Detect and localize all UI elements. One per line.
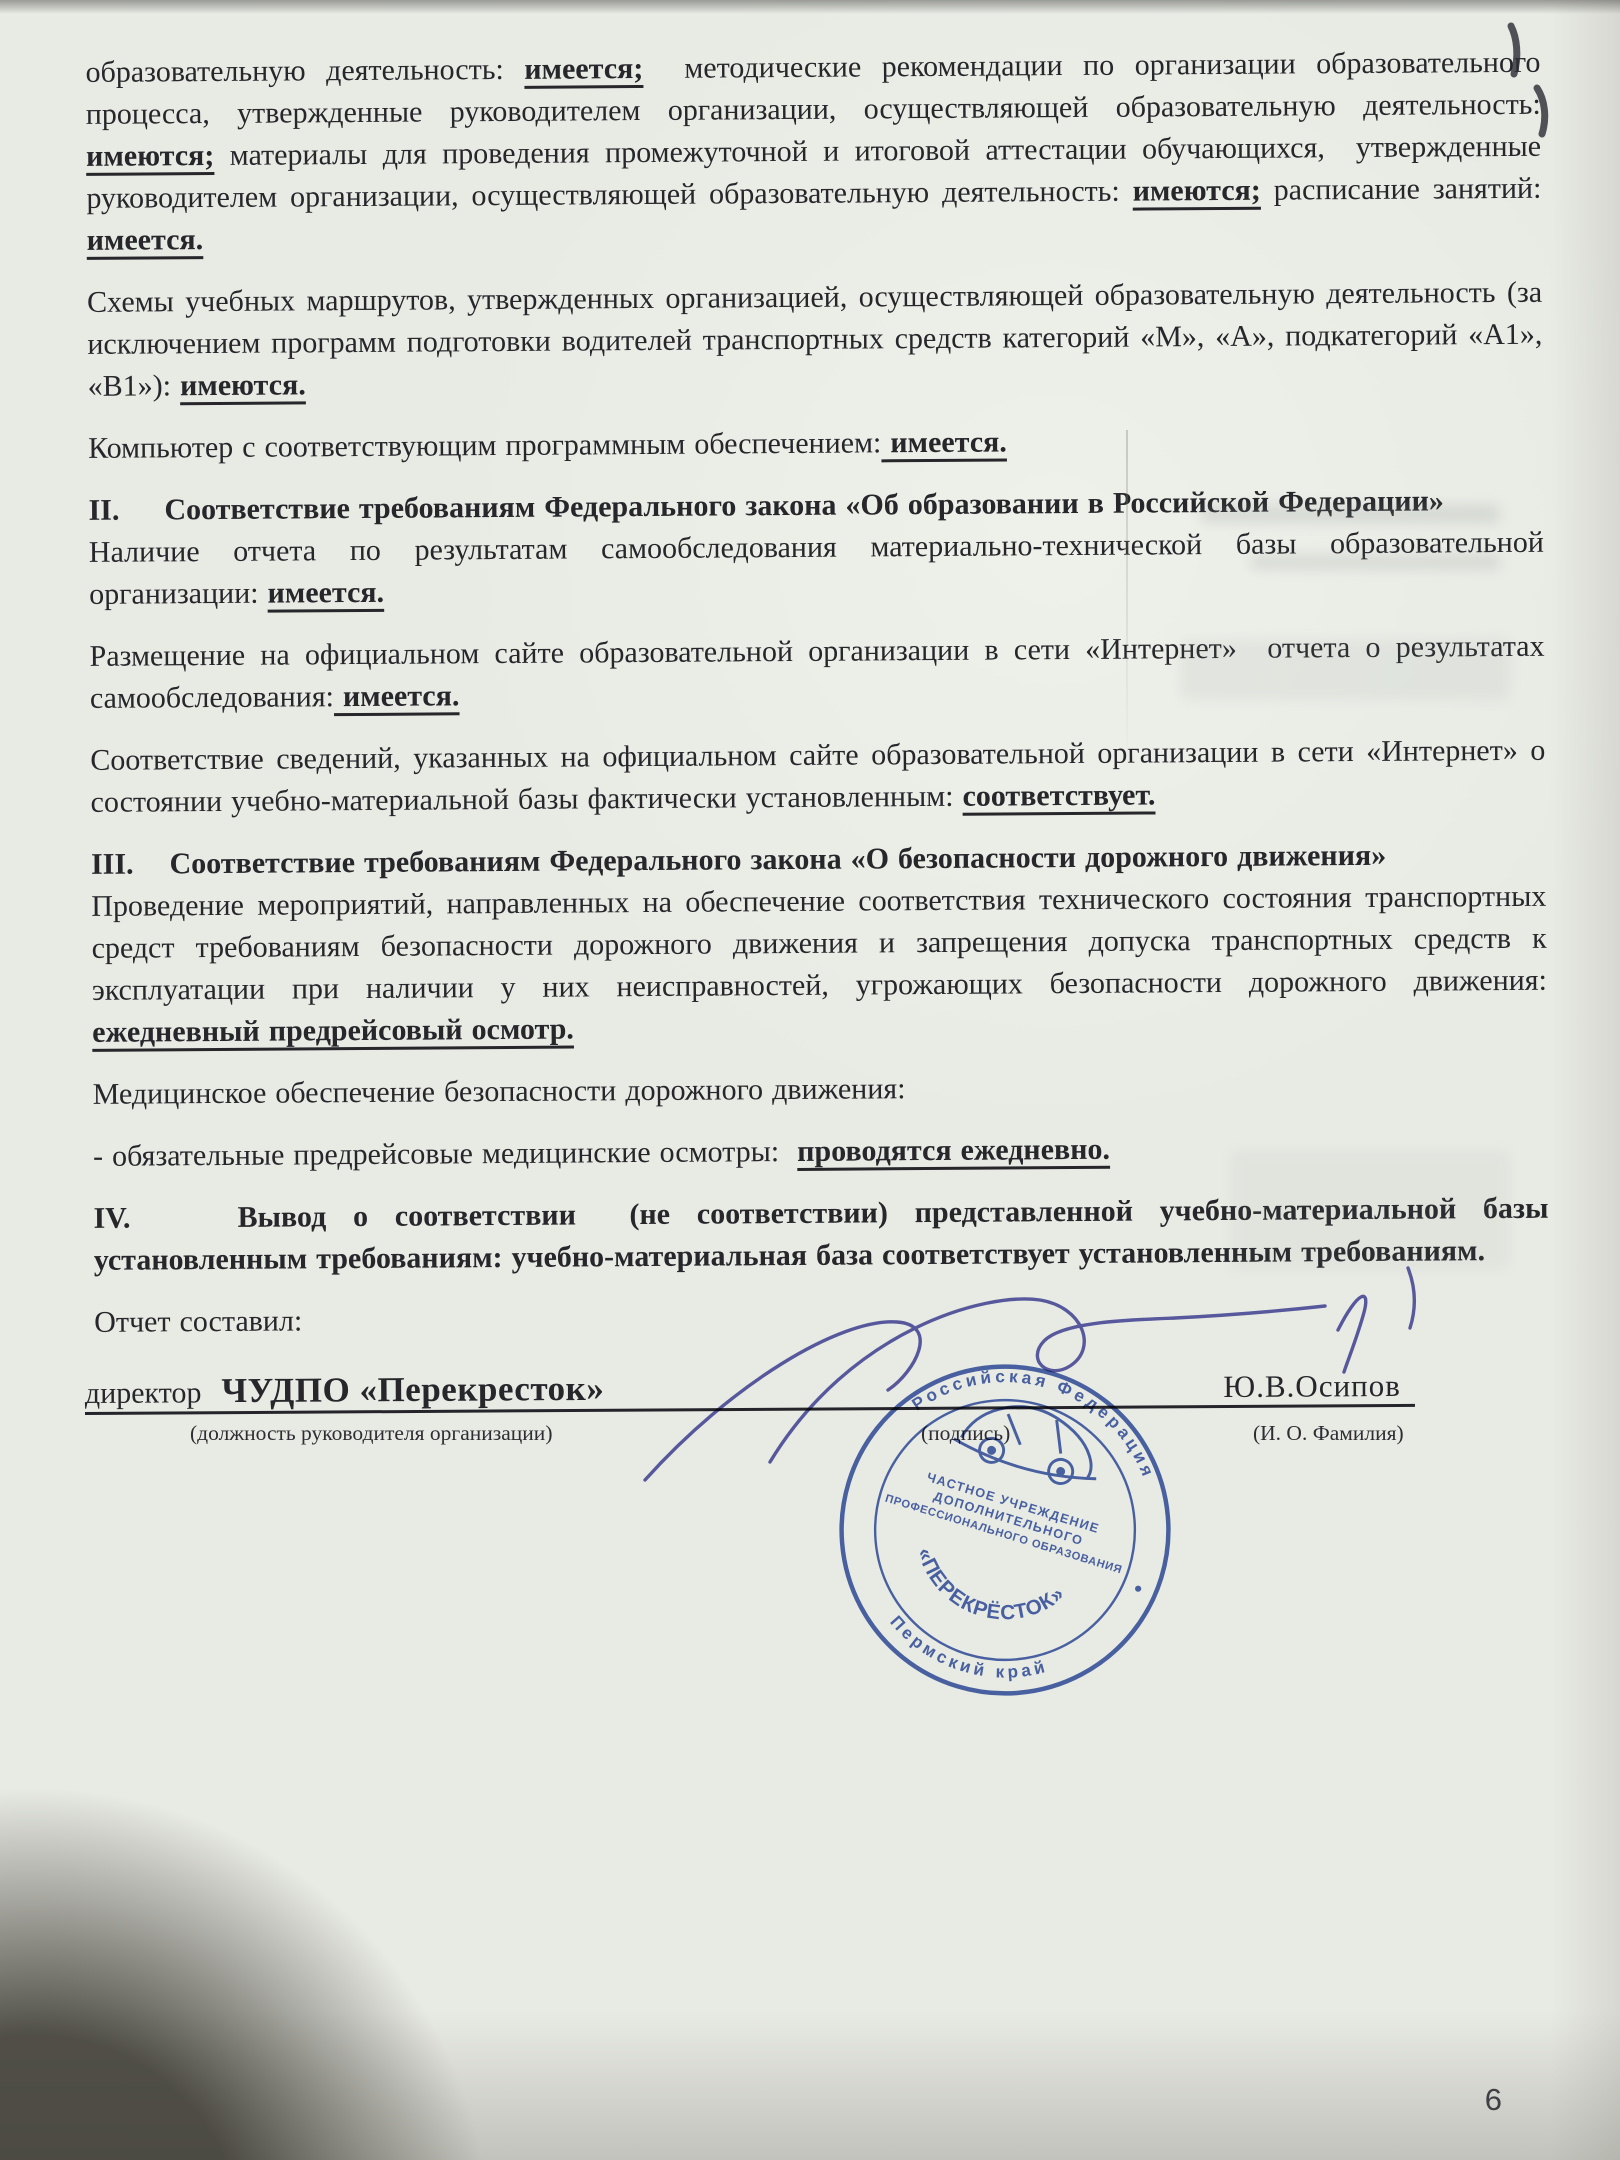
text-segment: образовательную деятельность: (85, 53, 524, 89)
show-through-smudge (1200, 505, 1500, 523)
text-segment: имеется. (87, 223, 204, 257)
signature-position: директор ЧУДПО «Перекресток» (85, 1369, 605, 1412)
document-page: образовательную деятельность: имеется; м… (0, 0, 1620, 2160)
show-through-smudge (1230, 1150, 1510, 1270)
document-paragraph: Медицинское обеспечение безопасности дор… (92, 1064, 1547, 1116)
position-caption: (должность руководителя организации) (190, 1421, 552, 1446)
position-prefix: директор (85, 1376, 202, 1410)
text-segment: Проведение мероприятий, направленных на … (91, 880, 1547, 1007)
text-segment: III. Соответствие требованиям Федерально… (91, 839, 1386, 881)
text-segment: - обязательные предрейсовые медицинские … (93, 1135, 797, 1173)
text-segment: ежедневный предрейсовый осмотр. (92, 1013, 574, 1049)
document-paragraph: образовательную деятельность: имеется; м… (85, 42, 1541, 262)
text-segment: Компьютер с соответствующим программным … (88, 426, 881, 465)
pen-mark (1495, 16, 1565, 146)
text-segment: имеется. (267, 576, 384, 610)
text-segment: имеется. (881, 425, 1007, 459)
document-paragraph: Соответствие сведений, указанных на офиц… (90, 730, 1546, 824)
text-segment: имеются. (180, 368, 306, 402)
text-segment: имеются; (1133, 174, 1261, 208)
position-organization: ЧУДПО «Перекресток» (221, 1369, 604, 1410)
text-segment: имеется; (524, 52, 643, 86)
page-number: 6 (1485, 2082, 1502, 2118)
text-segment: соответствует. (962, 778, 1155, 812)
document-paragraph: Схемы учебных маршрутов, утвержденных ор… (87, 272, 1543, 408)
text-segment: Соответствие сведений, указанных на офиц… (90, 734, 1545, 819)
document-paragraph: Компьютер с соответствующим программным … (88, 418, 1543, 470)
text-segment: Медицинское обеспечение безопасности дор… (93, 1072, 906, 1111)
stamp-dot (1134, 1585, 1142, 1593)
stamp-org-name: «ПЕРЕКРЁСТОК» (899, 1540, 1072, 1644)
document-paragraph: Проведение мероприятий, направленных на … (91, 876, 1547, 1054)
text-segment: Отчет составил: (94, 1304, 302, 1338)
text-segment: имеются; (86, 139, 214, 173)
text-segment: проводятся ежедневно. (797, 1133, 1110, 1168)
text-segment: расписание занятий: (1261, 172, 1542, 207)
paper-crease (1126, 430, 1128, 770)
show-through-smudge (1250, 555, 1500, 569)
text-segment: имеется. (334, 679, 460, 713)
show-through-smudge (1180, 640, 1510, 700)
signature-ink (560, 1230, 1460, 1520)
